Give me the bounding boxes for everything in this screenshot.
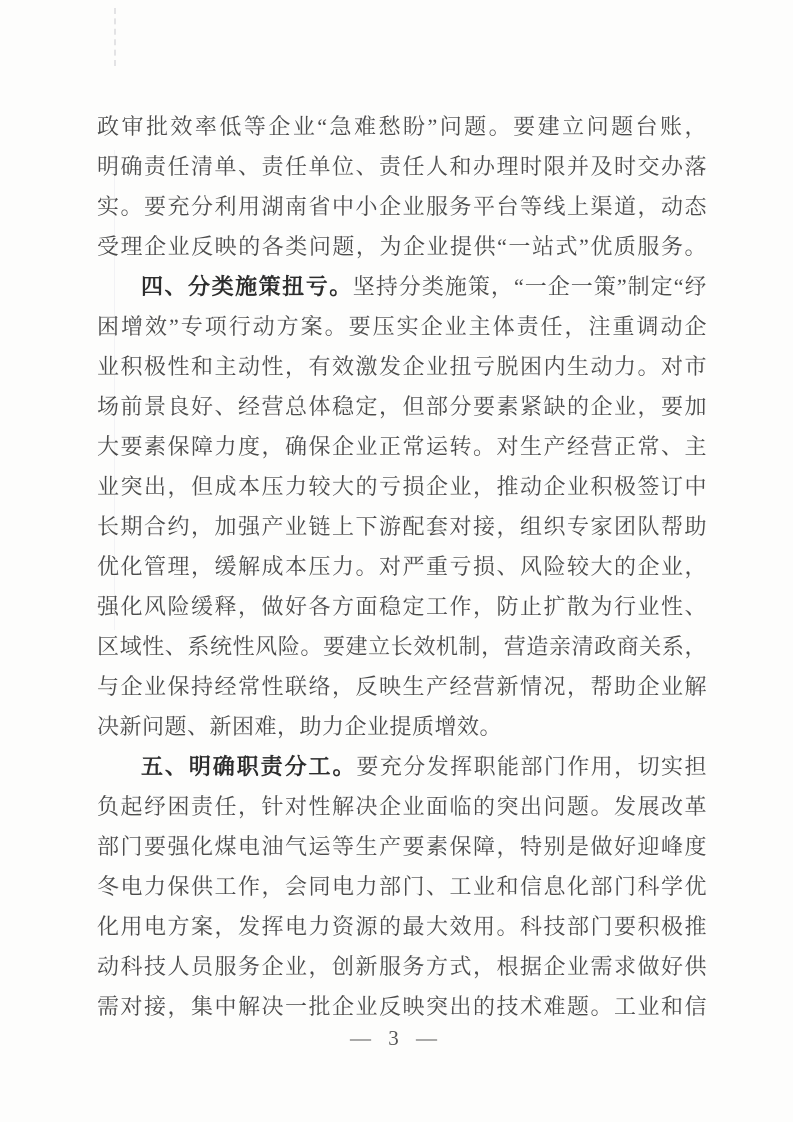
text-line: 冬电力保供工作，会同电力部门、工业和信息化部门科学优 [97,867,707,907]
text-line: 强化风险缓释，做好各方面稳定工作，防止扩散为行业性、 [97,587,707,627]
section-heading: 五、明确职责分工。 [141,754,356,779]
text-line: 业突出，但成本压力较大的亏损企业，推动企业积极签订中 [97,467,707,507]
text-line: 动科技人员服务企业，创新服务方式，根据企业需求做好供 [97,947,707,987]
line-text: 要充分发挥职能部门作用，切实担 [356,754,707,779]
text-line: 困增效”专项行动方案。要压实企业主体责任，注重调动企 [97,307,707,347]
line-text: 坚持分类施策，“一企一策”制定“纾 [353,274,707,299]
text-line: 与企业保持经常性联络，反映生产经营新情况，帮助企业解 [97,667,707,707]
document-page: 政审批效率低等企业“急难愁盼”问题。要建立问题台账，明确责任清单、责任单位、责任… [0,0,793,1122]
text-line: 场前景良好、经营总体稳定，但部分要素紧缺的企业，要加 [97,387,707,427]
line-text: 政审批效率低等企业“急难愁盼”问题。要建立问题台账， [97,114,707,139]
line-text: 实。要充分利用湖南省中小企业服务平台等线上渠道，动态 [97,194,707,219]
line-text: 需对接，集中解决一批企业反映突出的技术难题。工业和信 [97,994,707,1019]
line-text: 决新问题、新困难，助力企业提质增效。 [97,714,502,739]
line-text: 业积极性和主动性，有效激发企业扭亏脱困内生动力。对市 [97,354,707,379]
line-text: 优化管理，缓解成本压力。对严重亏损、风险较大的企业， [97,554,707,579]
page-number: — 3 — [350,1026,443,1050]
line-text: 明确责任清单、责任单位、责任人和办理时限并及时交办落 [97,154,707,179]
line-text: 困增效”专项行动方案。要压实企业主体责任，注重调动企 [97,314,707,339]
paragraph-heading-line: 五、明确职责分工。要充分发挥职能部门作用，切实担 [97,747,707,787]
line-text: 受理企业反映的各类问题，为企业提供“一站式”优质服务。 [97,234,707,259]
text-line: 明确责任清单、责任单位、责任人和办理时限并及时交办落 [97,147,707,187]
line-text: 冬电力保供工作，会同电力部门、工业和信息化部门科学优 [97,874,707,899]
line-text: 化用电方案，发挥电力资源的最大效用。科技部门要积极推 [97,914,707,939]
document-body: 政审批效率低等企业“急难愁盼”问题。要建立问题台账，明确责任清单、责任单位、责任… [97,107,707,1027]
line-text: 区域性、系统性风险。要建立长效机制，营造亲清政商关系， [97,634,707,659]
text-line: 政审批效率低等企业“急难愁盼”问题。要建立问题台账， [97,107,707,147]
line-text: 部门要强化煤电油气运等生产要素保障，特别是做好迎峰度 [97,834,707,859]
line-text: 强化风险缓释，做好各方面稳定工作，防止扩散为行业性、 [97,594,707,619]
text-line: 部门要强化煤电油气运等生产要素保障，特别是做好迎峰度 [97,827,707,867]
text-line: 负起纾困责任，针对性解决企业面临的突出问题。发展改革 [97,787,707,827]
text-line: 优化管理，缓解成本压力。对严重亏损、风险较大的企业， [97,547,707,587]
line-text: 动科技人员服务企业，创新服务方式，根据企业需求做好供 [97,954,707,979]
line-text: 与企业保持经常性联络，反映生产经营新情况，帮助企业解 [97,674,707,699]
text-line: 大要素保障力度，确保企业正常运转。对生产经营正常、主 [97,427,707,467]
text-line: 实。要充分利用湖南省中小企业服务平台等线上渠道，动态 [97,187,707,227]
line-text: 大要素保障力度，确保企业正常运转。对生产经营正常、主 [97,434,707,459]
text-line: 需对接，集中解决一批企业反映突出的技术难题。工业和信 [97,987,707,1027]
line-text: 场前景良好、经营总体稳定，但部分要素紧缺的企业，要加 [97,394,707,419]
text-line: 区域性、系统性风险。要建立长效机制，营造亲清政商关系， [97,627,707,667]
text-line: 长期合约，加强产业链上下游配套对接，组织专家团队帮助 [97,507,707,547]
text-line: 化用电方案，发挥电力资源的最大效用。科技部门要积极推 [97,907,707,947]
text-line: 受理企业反映的各类问题，为企业提供“一站式”优质服务。 [97,227,707,267]
section-heading: 四、分类施策扭亏。 [141,274,353,299]
line-text: 负起纾困责任，针对性解决企业面临的突出问题。发展改革 [97,794,707,819]
scan-artifact-dashes [114,8,116,66]
text-line: 业积极性和主动性，有效激发企业扭亏脱困内生动力。对市 [97,347,707,387]
line-text: 长期合约，加强产业链上下游配套对接，组织专家团队帮助 [97,514,707,539]
page-footer: — 3 — [0,1026,793,1051]
line-text: 业突出，但成本压力较大的亏损企业，推动企业积极签订中 [97,474,707,499]
paragraph-heading-line: 四、分类施策扭亏。坚持分类施策，“一企一策”制定“纾 [97,267,707,307]
text-line: 决新问题、新困难，助力企业提质增效。 [97,707,707,747]
